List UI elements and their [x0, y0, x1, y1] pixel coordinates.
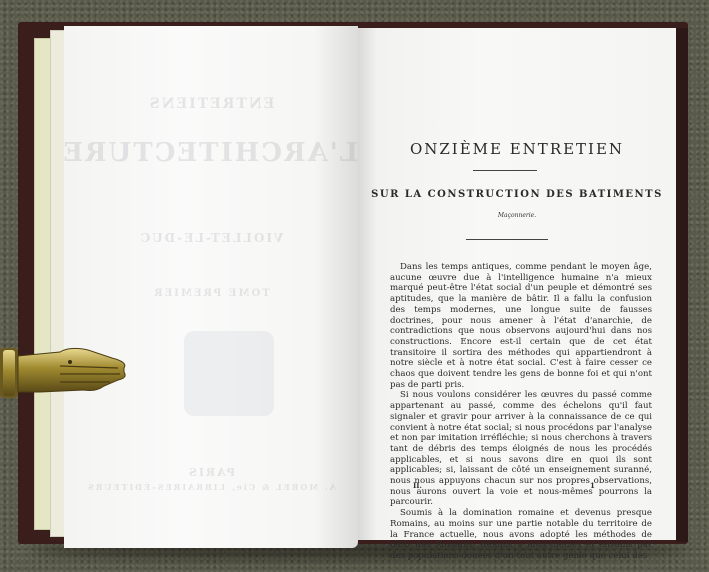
- title-rule: [473, 170, 537, 171]
- show-through-line: VIOLLET-LE-DUC: [64, 231, 358, 245]
- body-text: Dans les temps antiques, comme pendant l…: [390, 262, 652, 562]
- paragraph: Dans les temps antiques, comme pendant l…: [390, 262, 652, 390]
- chapter-title: ONZIÈME ENTRETIEN: [358, 140, 676, 158]
- show-through-line: A. MOREL & Cie, LIBRAIRES-ÉDITEURS: [64, 482, 358, 492]
- section-rule: [466, 239, 548, 240]
- brass-hand-page-holder-icon[interactable]: [0, 342, 130, 400]
- left-page[interactable]: ENTRETIENS L'ARCHITECTURE VIOLLET-LE-DUC…: [64, 26, 358, 548]
- show-through-line: L'ARCHITECTURE: [64, 138, 358, 168]
- paragraph: Si nous voulons considérer les œuvres du…: [390, 390, 652, 508]
- show-through-vignette: [184, 331, 274, 416]
- show-through-line: PARIS: [64, 466, 358, 479]
- show-through-line: TOME PREMIER: [64, 288, 358, 299]
- chapter-subtitle: SUR LA CONSTRUCTION DES BATIMENTS: [358, 189, 676, 200]
- show-through-line: ENTRETIENS: [64, 96, 358, 112]
- paragraph: Soumis à la domination romaine et devenu…: [390, 508, 652, 562]
- section-label: Maçonnerie.: [358, 212, 676, 219]
- signature-mark: II.: [413, 481, 422, 490]
- page-number: 1: [590, 481, 595, 490]
- book-cover-edge: [676, 28, 688, 542]
